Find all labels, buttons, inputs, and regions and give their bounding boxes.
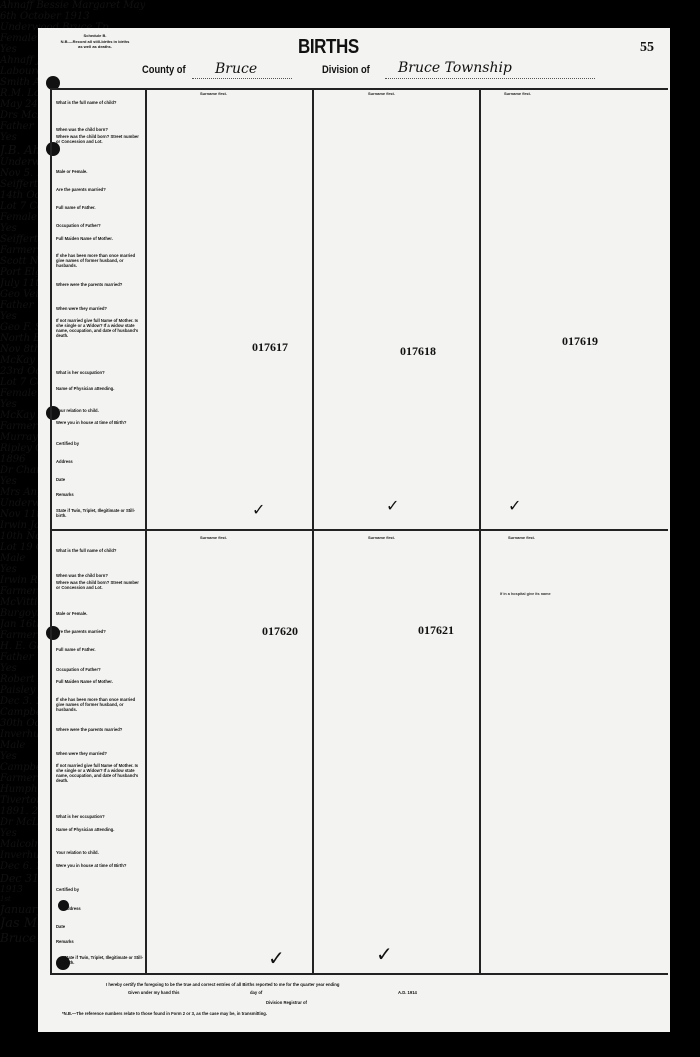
table-bottom-rule bbox=[50, 973, 668, 975]
division-value: Bruce Township bbox=[398, 60, 512, 76]
question-label: Where were the parents married? bbox=[56, 282, 140, 287]
schedule-label: Schedule B. bbox=[60, 33, 130, 38]
question-label: Name of Physician attending. bbox=[56, 386, 140, 391]
left-rule bbox=[50, 88, 52, 975]
entry-1-registration-number: 017617 bbox=[252, 340, 288, 355]
division-underline bbox=[385, 78, 595, 79]
division-label: Division of bbox=[322, 64, 370, 76]
county-underline bbox=[192, 78, 292, 79]
question-label: If not married give full Name of Mother.… bbox=[56, 763, 140, 783]
question-label: What is her occupation? bbox=[56, 814, 140, 819]
entry-1-name: Ahnaff Bessie Margaret May bbox=[0, 0, 700, 11]
question-label: When were they married? bbox=[56, 751, 140, 756]
question-label: Date bbox=[56, 477, 140, 482]
column-rule-1 bbox=[312, 88, 314, 975]
county-label: County of bbox=[142, 64, 186, 76]
page-number: 55 bbox=[640, 40, 654, 56]
question-label: Are the parents married? bbox=[56, 629, 140, 634]
question-label: If not married give full Name of Mother.… bbox=[56, 318, 140, 338]
question-label: Full Maiden Name of Mother. bbox=[56, 236, 140, 241]
question-label: Full name of Father. bbox=[56, 205, 140, 210]
section-divider-rule bbox=[50, 529, 668, 531]
surname-first-label: Surname first. bbox=[508, 535, 535, 540]
page-title: BIRTHS bbox=[298, 36, 359, 59]
given-under-hand-label: Given under my hand this bbox=[128, 990, 179, 995]
entry-5-registration-number: 017621 bbox=[418, 623, 454, 638]
surname-first-label: Surname first. bbox=[368, 535, 395, 540]
label-column-rule bbox=[145, 88, 147, 975]
question-label: Are the parents married? bbox=[56, 187, 140, 192]
question-label: Occupation of Father? bbox=[56, 667, 140, 672]
question-label: What is the full name of child? bbox=[56, 548, 140, 553]
question-label: When was the child born? bbox=[56, 573, 140, 578]
surname-first-label: Surname first. bbox=[200, 91, 227, 96]
binder-hole bbox=[46, 142, 60, 156]
question-label: Name of Physician attending. bbox=[56, 827, 140, 832]
entry-4-registration-number: 017620 bbox=[262, 624, 298, 639]
question-label: Your relation to child. bbox=[56, 408, 140, 413]
entry-3-checkmark: ✓ bbox=[508, 496, 521, 515]
question-label: Male or Female. bbox=[56, 611, 140, 616]
question-label: State if Twin, Triplet, Illegitimate or … bbox=[56, 508, 140, 518]
question-label: Remarks bbox=[56, 492, 140, 497]
entry-2-checkmark: ✓ bbox=[386, 496, 399, 515]
question-label: If she has been more than once married g… bbox=[56, 697, 140, 712]
entry-2-registration-number: 017618 bbox=[400, 344, 436, 359]
question-label: What is the full name of child? bbox=[56, 100, 140, 105]
surname-first-label: Surname first. bbox=[368, 91, 395, 96]
reference-note: *N.B.—The reference numbers relate to th… bbox=[62, 1011, 267, 1016]
question-label: If she has been more than once married g… bbox=[56, 253, 140, 268]
day-of-label: day of bbox=[250, 990, 262, 995]
question-label: Where was the child born? Street number … bbox=[56, 134, 140, 144]
question-label: Your relation to child. bbox=[56, 850, 140, 855]
certify-statement: I hereby certify the foregoing to be the… bbox=[106, 982, 339, 987]
question-label: Occupation of Father? bbox=[56, 223, 140, 228]
entry-3-registration-number: 017619 bbox=[562, 334, 598, 349]
question-label: Address bbox=[64, 906, 148, 911]
table-top-rule bbox=[50, 88, 668, 90]
entry-4-checkmark: ✓ bbox=[268, 946, 285, 970]
question-label: Remarks bbox=[56, 939, 140, 944]
ad-year: A.D. 1914 bbox=[398, 990, 417, 995]
entry-1-born: 6th October 1913 bbox=[0, 11, 700, 22]
surname-first-label: Surname first. bbox=[504, 91, 531, 96]
header-note-2: as well as deaths. bbox=[52, 44, 138, 49]
question-label: When was the child born? bbox=[56, 127, 140, 132]
county-value: Bruce bbox=[215, 61, 257, 77]
question-label: Date bbox=[56, 924, 140, 929]
question-label: Were you in house at time of Birth? bbox=[56, 863, 140, 868]
entry-1-checkmark: ✓ bbox=[252, 500, 265, 519]
surname-first-label: Surname first. bbox=[200, 535, 227, 540]
question-label: Full Maiden Name of Mother. bbox=[56, 679, 140, 684]
question-label: Certified by bbox=[56, 887, 140, 892]
question-label: Where was the child born? Street number … bbox=[56, 580, 140, 590]
column-rule-2 bbox=[479, 88, 481, 975]
question-label: Full name of Father. bbox=[56, 647, 140, 652]
question-label: Where were the parents married? bbox=[56, 727, 140, 732]
question-label: Male or Female. bbox=[56, 169, 140, 174]
question-label: What is her occupation? bbox=[56, 370, 140, 375]
hospital-note: If in a hospital give its name bbox=[500, 592, 551, 596]
question-label: When were they married? bbox=[56, 306, 140, 311]
question-label: Address bbox=[56, 459, 140, 464]
entry-5-checkmark: ✓ bbox=[376, 942, 393, 966]
question-label: Were you in house at time of Birth? bbox=[56, 420, 140, 425]
question-label: State if Twin, Triplet, Illegitimate or … bbox=[64, 955, 148, 965]
question-label: Certified by bbox=[56, 441, 140, 446]
division-registrar-label: Division Registrar of bbox=[266, 1000, 307, 1005]
